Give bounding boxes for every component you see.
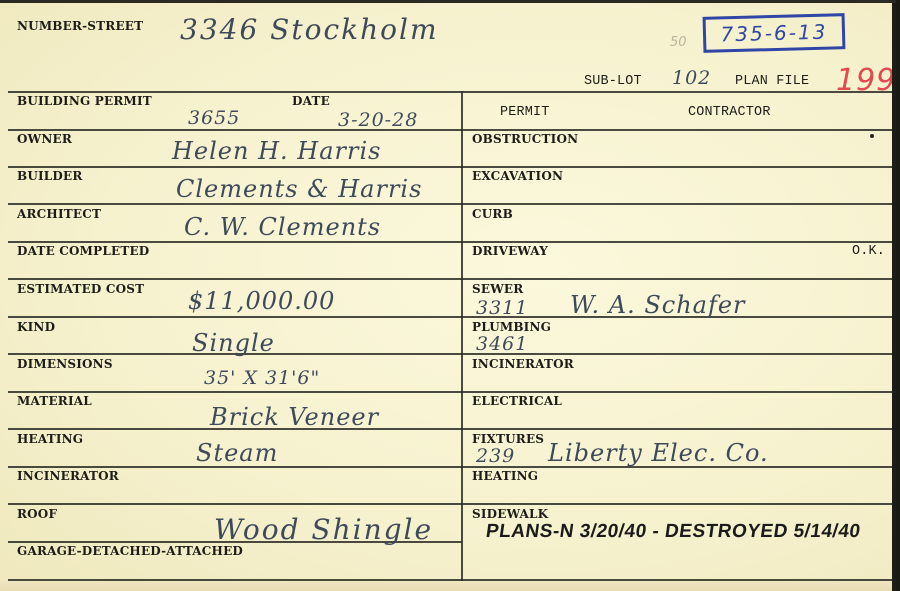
sidewalk-label: SIDEWALK <box>472 506 548 521</box>
architect-label: ARCHITECT <box>17 206 101 221</box>
incinerator-permit-label: INCINERATOR <box>472 356 574 371</box>
date-completed-label: DATE COMPLETED <box>17 243 149 258</box>
obstruction-label: OBSTRUCTION <box>472 131 578 146</box>
rule <box>8 428 896 430</box>
estimated-cost-label: ESTIMATED COST <box>17 281 144 296</box>
driveway-label: DRIVEWAY <box>472 243 548 258</box>
heating-label: HEATING <box>17 431 83 446</box>
plans-destroyed-note: PLANS-N 3/20/40 - DESTROYED 5/14/40 <box>484 521 862 543</box>
number-street-label: NUMBER-STREET <box>17 18 143 33</box>
sub-lot-value: 102 <box>672 67 711 89</box>
plumbing-label: PLUMBING <box>472 319 551 334</box>
plumbing-permit-no: 3461 <box>476 333 528 355</box>
dimensions-label: DIMENSIONS <box>17 356 113 371</box>
estimated-cost-value: $11,000.00 <box>188 287 335 315</box>
rule <box>8 503 896 505</box>
building-permit-card: NUMBER-STREET 3346 Stockholm 50 735-6-13… <box>0 0 896 591</box>
rule <box>8 316 896 318</box>
number-street-value: 3346 Stockholm <box>180 13 439 46</box>
ink-dot <box>870 134 874 138</box>
sewer-contractor: W. A. Schafer <box>570 291 746 319</box>
material-label: MATERIAL <box>17 393 92 408</box>
building-permit-label: BUILDING PERMIT <box>17 93 152 108</box>
faint-mark: 50 <box>670 35 687 50</box>
architect-value: C. W. Clements <box>184 213 381 241</box>
building-permit-value: 3655 <box>188 107 240 129</box>
material-value: Brick Veneer <box>210 403 379 431</box>
fixtures-label: FIXTURES <box>472 431 544 446</box>
sewer-permit-no: 3311 <box>476 297 528 319</box>
roof-label: ROOF <box>17 506 57 521</box>
electrical-label: ELECTRICAL <box>472 393 562 408</box>
garage-label: GARAGE-DETACHED-ATTACHED <box>17 543 243 558</box>
rule <box>8 278 896 280</box>
card-bottom-edge <box>0 581 896 591</box>
sub-lot-label: SUB-LOT <box>584 73 642 89</box>
builder-label: BUILDER <box>17 168 83 183</box>
owner-value: Helen H. Harris <box>172 137 381 165</box>
kind-value: Single <box>192 329 275 357</box>
builder-value: Clements & Harris <box>176 175 422 203</box>
permit-header: PERMIT <box>500 104 550 120</box>
column-divider <box>461 91 463 581</box>
curb-label: CURB <box>472 206 513 221</box>
stamp-number: 735-6-13 <box>703 13 846 53</box>
rule <box>8 166 896 168</box>
heating-permit-label: HEATING <box>472 468 538 483</box>
kind-label: KIND <box>17 319 55 334</box>
roof-value: Wood Shingle <box>214 513 433 546</box>
plan-file-label: PLAN FILE <box>735 73 809 89</box>
rule <box>8 203 896 205</box>
owner-label: OWNER <box>17 131 72 146</box>
sewer-label: SEWER <box>472 281 523 296</box>
dimensions-value: 35' X 31'6" <box>204 367 320 389</box>
incinerator-label: INCINERATOR <box>17 468 119 483</box>
driveway-value: O.K. <box>852 243 885 259</box>
heating-value: Steam <box>196 439 278 467</box>
excavation-label: EXCAVATION <box>472 168 563 183</box>
rule <box>8 129 896 131</box>
rule <box>8 391 896 393</box>
date-label: DATE <box>292 93 330 108</box>
rule <box>8 353 896 355</box>
fixtures-contractor: Liberty Elec. Co. <box>548 439 769 467</box>
fixtures-permit-no: 239 <box>476 445 515 467</box>
card-right-edge <box>892 3 896 591</box>
date-value: 3-20-28 <box>338 109 418 131</box>
contractor-header: CONTRACTOR <box>688 104 771 120</box>
